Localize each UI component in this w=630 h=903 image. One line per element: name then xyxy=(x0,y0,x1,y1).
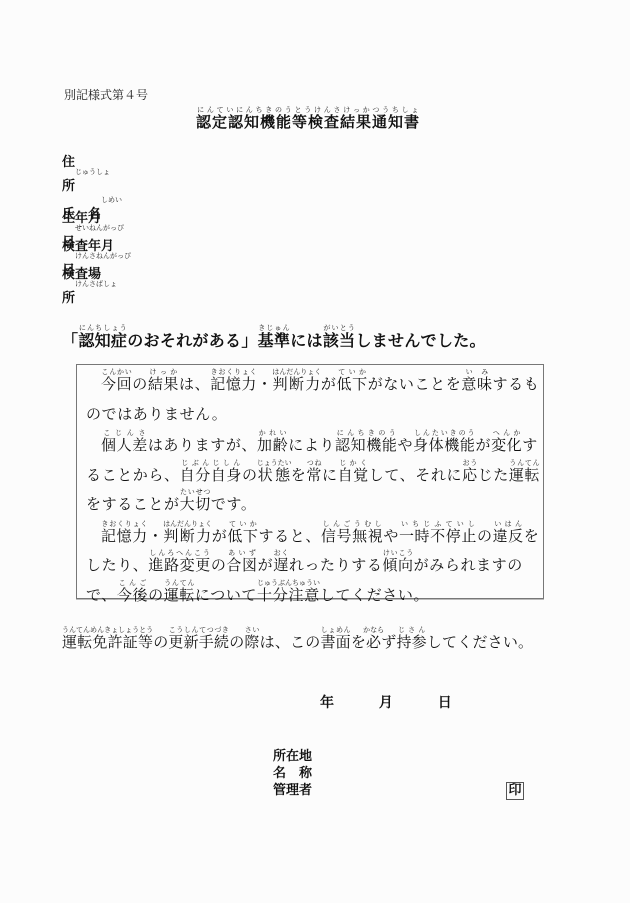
form-number: 別記様式第４号 xyxy=(64,86,148,103)
ruby-word: 十分注意じゅうぶんちゅうい xyxy=(257,586,320,604)
ruby-word: 個人差こじんさ xyxy=(101,436,148,454)
ruby-word: 変化へんか xyxy=(491,436,522,454)
ruby-word: 今回こんかい xyxy=(101,375,132,393)
ruby-word: 自覚じかく xyxy=(338,466,369,484)
ruby-word: 必かなら xyxy=(366,633,381,651)
date-month: 月 xyxy=(379,692,393,712)
notice-paragraph-0: 今回こんかいの結果けっかは、記憶力きおくりょく・判断力はんだんりょくが低下ていか… xyxy=(86,368,541,429)
ruby-word: 該当がいとう xyxy=(323,331,356,350)
ruby-word: 信号無視しんごうむし xyxy=(321,527,383,545)
ruby-word: 合図あいず xyxy=(226,556,257,574)
ruby-word: 運転うんてん xyxy=(509,466,540,484)
date-year: 年 xyxy=(320,692,334,712)
ruby-word: 書面しょめん xyxy=(320,633,350,651)
notice-paragraph-2: 記憶力きおくりょく・判断力はんだんりょくが低下ていかすると、信号無視しんごうむし… xyxy=(86,520,541,611)
ruby-word: 状態じょうたい xyxy=(258,466,291,484)
ruby-word: 記憶力きおくりょく xyxy=(210,375,257,393)
ruby-word: 身体機能しんたいきのう xyxy=(413,436,475,454)
ruby-word: 応おう xyxy=(462,466,478,484)
ruby-word: 一時不停止いちじふていし xyxy=(399,527,477,545)
ruby-word: 運転免許証等うんてんめんきょしょうとう xyxy=(62,633,153,651)
ruby-word: 進路変更しんろへんこう xyxy=(148,556,210,574)
date-day: 日 xyxy=(438,692,452,712)
facility-manager-label: 管理者 xyxy=(273,782,312,799)
ruby-word: 傾向けいこう xyxy=(382,556,413,574)
ruby-word: 意味いみ xyxy=(461,375,492,393)
ruby-word: 更新手続こうしんてつづき xyxy=(168,633,229,651)
ruby-word: 遅おく xyxy=(273,556,289,574)
facility-block: 所在地 名 称 管理者 xyxy=(273,748,312,799)
notice-paragraph-1: 個人差こじんさはありますが、加齢かれいにより認知機能にんちきのうや身体機能しんた… xyxy=(86,429,541,520)
ruby-word: 低下ていか xyxy=(337,375,368,393)
result-headline: 「認知症にんちしょうのおそれがある」基準きじゅんには該当がいとうしませんでした。 xyxy=(62,324,486,351)
ruby-word: 判断力はんだんりょく xyxy=(273,375,321,393)
ruby-word: 判断力はんだんりょく xyxy=(163,527,211,545)
ruby-word: 大切たいせつ xyxy=(180,495,211,513)
renewal-instruction: 運転免許証等うんてんめんきょしょうとうの更新手続こうしんてつづきの際さいは、この… xyxy=(62,626,533,652)
ruby-word: 加齢かれい xyxy=(257,436,288,454)
seal-mark: 印 xyxy=(506,782,524,800)
ruby-word: 認知機能にんちきのう xyxy=(335,436,397,454)
facility-name-label: 名 称 xyxy=(273,765,312,782)
document-title: 認定認知機能等検査結果通知書にんていにんちきのうとうけんさけっかつうちしょ xyxy=(196,106,420,132)
ruby-word: 基準きじゅん xyxy=(258,331,291,350)
ruby-word: 常つね xyxy=(306,466,322,484)
ruby-word: 違反いはん xyxy=(493,527,524,545)
ruby-word: 際さい xyxy=(244,633,259,651)
personal-info-fields: 住 所じゅうしょ氏 名しめい生年月日せいねんがっぴ検査年月日けんさねんがっぴ検査… xyxy=(62,166,128,306)
facility-address-label: 所在地 xyxy=(273,748,312,765)
issue-date: 年 月 日 xyxy=(320,692,452,712)
ruby-word: 認知症にんちしょう xyxy=(78,331,127,350)
ruby-word: 認定認知機能等検査結果通知書にんていにんちきのうとうけんさけっかつうちしょ xyxy=(196,113,420,131)
field-label-0: 住 所じゅうしょ xyxy=(62,166,128,194)
ruby-word: 今後こんご xyxy=(117,586,148,604)
field-label-4: 検査場所けんさばしょ xyxy=(62,278,128,306)
ruby-word: 持参じさん xyxy=(396,633,426,651)
ruby-word: 自分自身じぶんじしん xyxy=(180,466,242,484)
ruby-word: 低下ていか xyxy=(227,527,258,545)
ruby-word: 運転うんてん xyxy=(164,586,195,604)
ruby-word: 記憶力きおくりょく xyxy=(101,527,148,545)
ruby-word: 結果けっか xyxy=(148,375,179,393)
notice-text: 今回こんかいの結果けっかは、記憶力きおくりょく・判断力はんだんりょくが低下ていか… xyxy=(86,368,541,610)
